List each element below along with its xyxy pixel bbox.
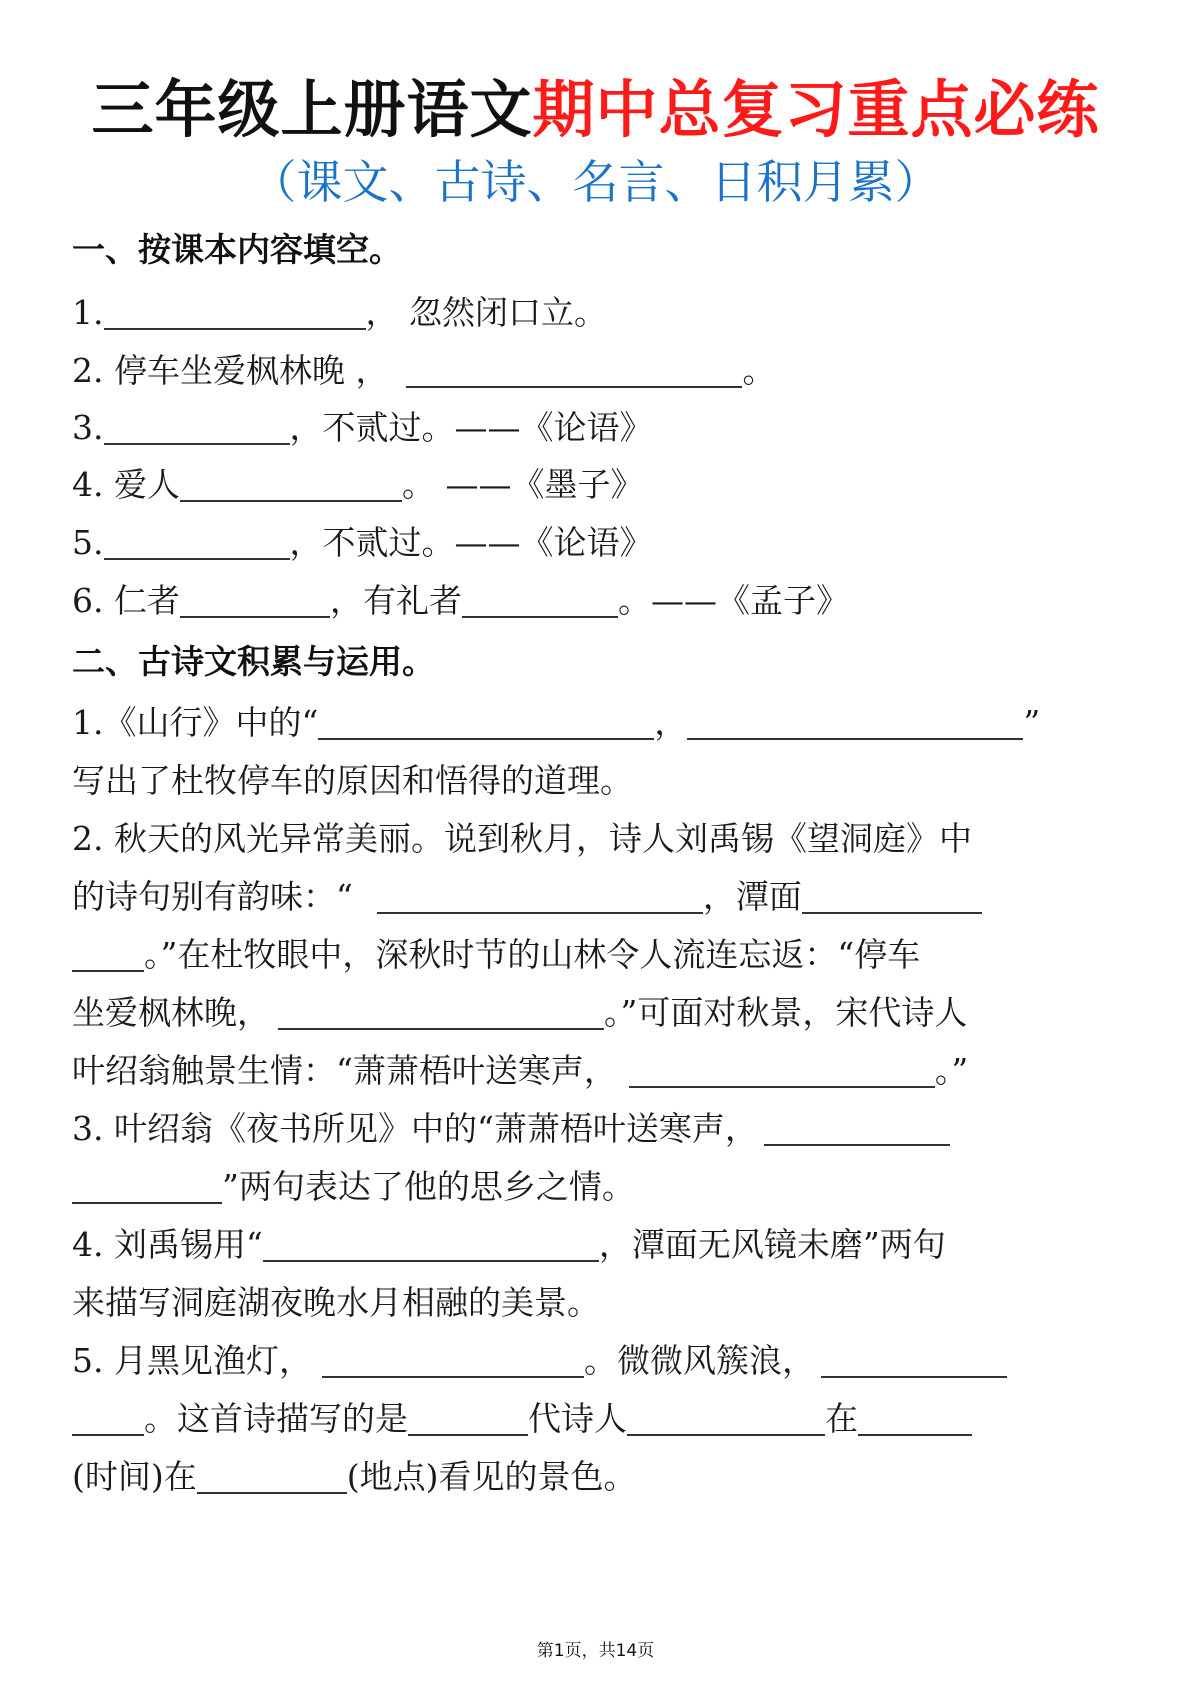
item-text: 。这首诗描写的是 xyxy=(144,1399,408,1438)
page-subtitle: （课文、古诗、名言、日积月累） xyxy=(0,152,1191,212)
answer-blank[interactable] xyxy=(72,1400,144,1436)
item-text: 4. 爱人 xyxy=(72,465,180,504)
item-text: 1. xyxy=(72,293,104,332)
item-text: ，不贰过。——《论语》 xyxy=(290,408,653,447)
answer-blank[interactable] xyxy=(802,878,982,914)
item-text: 叶绍翁触景生情：“萧萧梧叶送寒声， xyxy=(72,1051,617,1090)
s2-q2-line2: 的诗句别有韵味：“，潭面 xyxy=(72,874,982,920)
section-heading-1: 一、按课本内容填空。 xyxy=(72,228,402,272)
s2-q5-line1: 5. 月黑见渔灯，。微微风簇浪， xyxy=(72,1338,1007,1384)
item-text: ，不贰过。——《论语》 xyxy=(290,523,653,562)
answer-blank[interactable] xyxy=(627,1400,825,1436)
s2-q2-line5: 叶绍翁触景生情：“萧萧梧叶送寒声，。” xyxy=(72,1048,968,1094)
item-text: 3. xyxy=(72,408,104,447)
s1-item-1: 1.， 忽然闭口立。 xyxy=(72,290,607,336)
answer-blank[interactable] xyxy=(180,582,330,618)
s2-q2-line4: 坐爱枫林晚，。”可面对秋景，宋代诗人 xyxy=(72,990,967,1036)
answer-blank[interactable] xyxy=(104,409,290,445)
s2-q1-line1: 1.《山行》中的“，” xyxy=(72,700,1040,746)
s1-item-3: 3.，不贰过。——《论语》 xyxy=(72,405,653,451)
item-text: 坐爱枫林晚， xyxy=(72,993,270,1032)
answer-blank[interactable] xyxy=(687,704,1023,740)
s1-item-5: 5.，不贰过。——《论语》 xyxy=(72,520,653,566)
s2-q2-line1: 2. 秋天的风光异常美丽。说到秋月，诗人刘禹锡《望洞庭》中 xyxy=(72,816,972,862)
answer-blank[interactable] xyxy=(104,294,366,330)
section-heading-2: 二、古诗文积累与运用。 xyxy=(72,640,435,684)
item-text: 。 xyxy=(742,351,775,390)
answer-blank[interactable] xyxy=(377,878,703,914)
item-text: 。 ——《墨子》 xyxy=(402,465,644,504)
answer-blank[interactable] xyxy=(408,1400,528,1436)
s1-item-6: 6. 仁者，有礼者。——《孟子》 xyxy=(72,578,849,624)
answer-blank[interactable] xyxy=(406,352,742,388)
answer-blank[interactable] xyxy=(322,1342,584,1378)
answer-blank[interactable] xyxy=(72,936,144,972)
item-text: (地点)看见的景色。 xyxy=(347,1457,637,1496)
answer-blank[interactable] xyxy=(197,1458,347,1494)
item-text: 6. 仁者 xyxy=(72,581,180,620)
s1-item-4: 4. 爱人。 ——《墨子》 xyxy=(72,462,643,508)
answer-blank[interactable] xyxy=(462,582,618,618)
s2-q2-line3: 。”在杜牧眼中，深秋时节的山林令人流连忘返：“停车 xyxy=(72,932,920,978)
item-text: 5. xyxy=(72,523,104,562)
item-text: 代诗人 xyxy=(528,1399,627,1438)
item-text: (时间)在 xyxy=(72,1457,197,1496)
item-text: 2. 停车坐爱枫林晚 ， xyxy=(72,351,388,390)
item-text: ， xyxy=(654,703,687,742)
item-text: ” xyxy=(1023,703,1040,742)
item-text: 在 xyxy=(825,1399,858,1438)
answer-blank[interactable] xyxy=(858,1400,972,1436)
page-number: 第1页，共14页 xyxy=(0,1636,1191,1661)
title-topic: 期中总复习重点必练 xyxy=(533,73,1100,146)
title-grade: 三年级上册语文 xyxy=(91,73,532,146)
item-text: 5. 月黑见渔灯， xyxy=(72,1341,312,1380)
s2-q1-line2: 写出了杜牧停车的原因和悟得的道理。 xyxy=(72,758,633,804)
s2-q3-line1: 3. 叶绍翁《夜书所见》中的“萧萧梧叶送寒声， xyxy=(72,1106,950,1152)
answer-blank[interactable] xyxy=(821,1342,1007,1378)
s2-q4-line2: 来描写洞庭湖夜晚水月相融的美景。 xyxy=(72,1280,600,1326)
answer-blank[interactable] xyxy=(263,1226,599,1262)
s1-item-2: 2. 停车坐爱枫林晚 ，。 xyxy=(72,348,775,394)
answer-blank[interactable] xyxy=(180,466,402,502)
item-text: ，潭面无风镜未磨”两句 xyxy=(599,1225,946,1264)
s2-q3-line2: ”两句表达了他的思乡之情。 xyxy=(72,1164,635,1210)
answer-blank[interactable] xyxy=(72,1168,222,1204)
item-text: 。微微风簇浪， xyxy=(584,1341,815,1380)
answer-blank[interactable] xyxy=(278,994,604,1030)
item-text: 。”可面对秋景，宋代诗人 xyxy=(604,993,967,1032)
s2-q4-line1: 4. 刘禹锡用“，潭面无风镜未磨”两句 xyxy=(72,1222,946,1268)
item-text: 1.《山行》中的“ xyxy=(72,703,318,742)
answer-blank[interactable] xyxy=(629,1052,935,1088)
item-text: ，潭面 xyxy=(703,877,802,916)
item-text: 的诗句别有韵味：“ xyxy=(72,877,353,916)
item-text: ”两句表达了他的思乡之情。 xyxy=(222,1167,635,1206)
item-text: 。”在杜牧眼中，深秋时节的山林令人流连忘返：“停车 xyxy=(144,935,920,974)
answer-blank[interactable] xyxy=(104,524,290,560)
item-text: ， 忽然闭口立。 xyxy=(366,293,608,332)
item-text: 。” xyxy=(935,1051,968,1090)
page-title: 三年级上册语文期中总复习重点必练 xyxy=(0,70,1191,150)
item-text: 。——《孟子》 xyxy=(618,581,849,620)
item-text: ，有礼者 xyxy=(330,581,462,620)
s2-q5-line2: 。这首诗描写的是代诗人在 xyxy=(72,1396,972,1442)
answer-blank[interactable] xyxy=(764,1110,950,1146)
s2-q5-line3: (时间)在(地点)看见的景色。 xyxy=(72,1454,637,1500)
item-text: 3. 叶绍翁《夜书所见》中的“萧萧梧叶送寒声， xyxy=(72,1109,758,1148)
answer-blank[interactable] xyxy=(318,704,654,740)
item-text: 4. 刘禹锡用“ xyxy=(72,1225,263,1264)
